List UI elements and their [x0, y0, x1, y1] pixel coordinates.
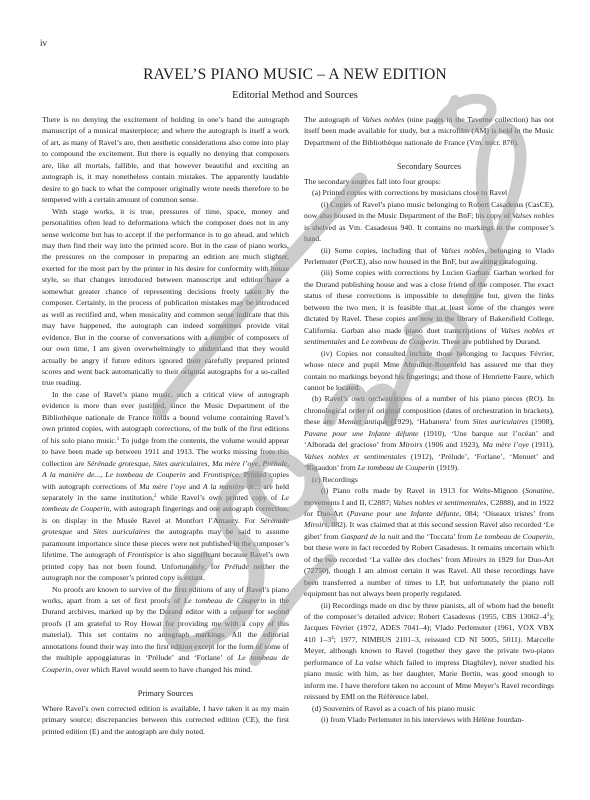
left-column: There is no denying the excitement of ho… — [42, 114, 289, 737]
list-item: (d) Souvenirs of Ravel as a coach of his… — [304, 703, 554, 714]
paragraph: No proofs are known to survive of the fi… — [42, 584, 289, 676]
section-heading-secondary-sources: Secondary Sources — [304, 161, 554, 172]
list-item: (iv) Copies not consulted include those … — [304, 348, 554, 394]
page-number: iv — [40, 38, 47, 48]
paragraph: Where Ravel’s own corrected edition is a… — [42, 703, 289, 737]
list-item: (c) Recordings — [304, 474, 554, 485]
page-title: RAVEL’S PIANO MUSIC – A NEW EDITION — [0, 66, 590, 84]
list-item: (i) from Vlado Perlemuter in his intervi… — [304, 714, 554, 725]
list-item: (iii) Some copies with corrections by Lu… — [304, 267, 554, 347]
paragraph: The secondary sources fall into four gro… — [304, 176, 554, 187]
section-heading-primary-sources: Primary Sources — [42, 688, 289, 699]
page-subtitle: Editorial Method and Sources — [0, 90, 590, 101]
paragraph: In the case of Ravel’s piano music, such… — [42, 389, 289, 584]
list-item: (ii) Some copies, including that of Vals… — [304, 245, 554, 268]
right-column: The autograph of Valses nobles (nine pag… — [304, 114, 554, 726]
list-item: (i) Copies of Ravel’s piano music belong… — [304, 199, 554, 245]
paragraph: There is no denying the excitement of ho… — [42, 114, 289, 206]
list-item: (a) Printed copies with corrections by m… — [304, 187, 554, 198]
list-item: (b) Ravel’s own orchestrations of a numb… — [304, 393, 554, 473]
list-item: (ii) Recordings made on disc by three pi… — [304, 600, 554, 703]
paragraph: The autograph of Valses nobles (nine pag… — [304, 114, 554, 148]
paragraph: With stage works, it is true, pressures … — [42, 206, 289, 389]
list-item: (i) Piano rolls made by Ravel in 1913 fo… — [304, 485, 554, 600]
